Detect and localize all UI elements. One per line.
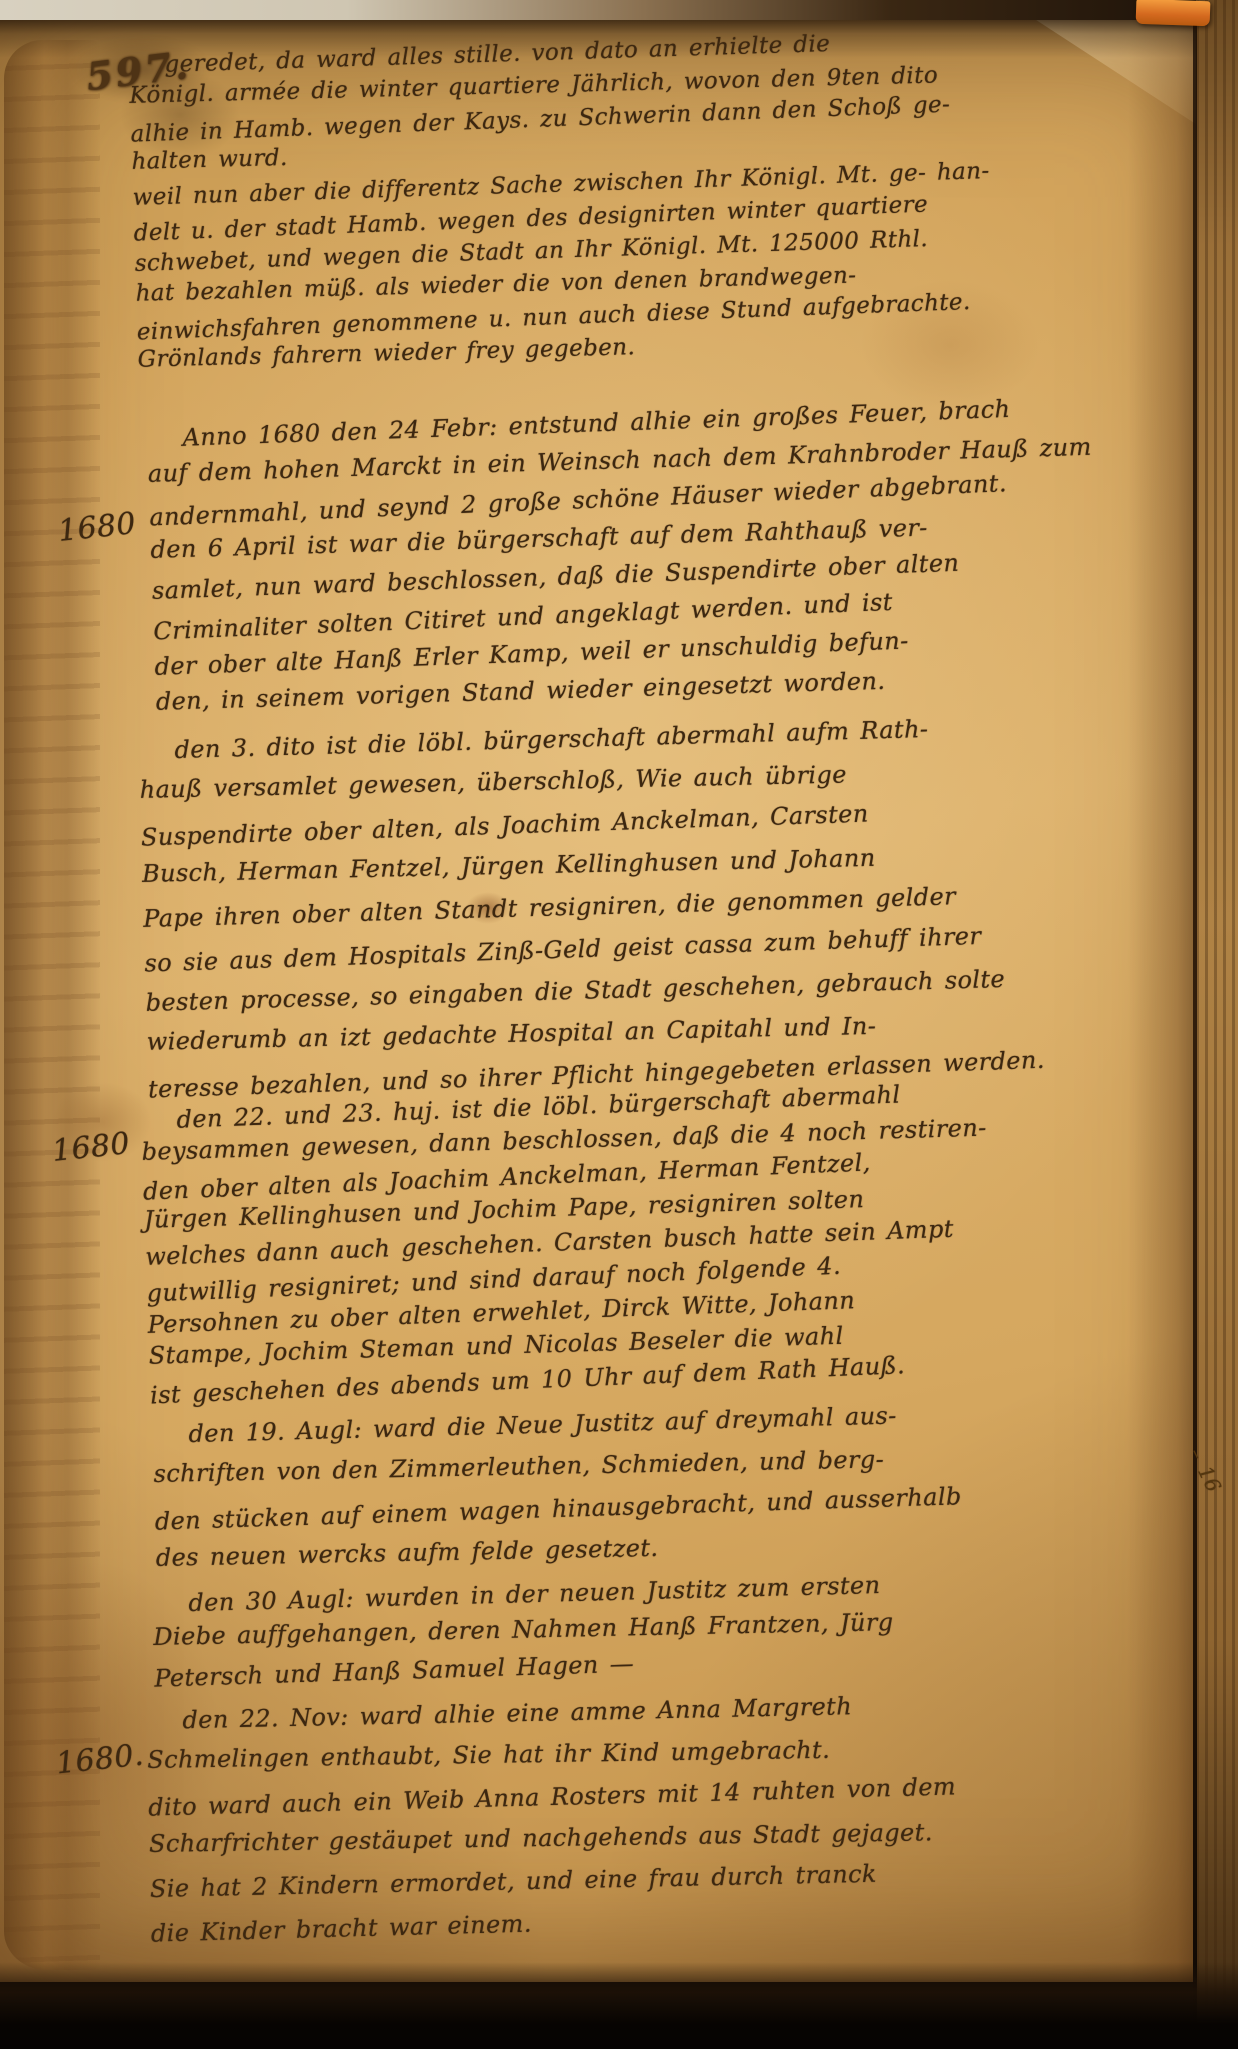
- scan-background-bottom: [0, 1962, 1238, 2049]
- scan-background-top: [0, 0, 1238, 20]
- page-deckle-edge: [4, 40, 100, 1970]
- paragraph: Anno 1680 den 24 Febr: entstund alhie ei…: [146, 385, 1156, 724]
- page-stack-edge: [1196, 0, 1238, 2049]
- paragraph: den 3. dito ist die löbl. bürgerschaft a…: [138, 702, 1163, 1108]
- paragraph: den 22. Nov: ward alhie eine amme Anna M…: [146, 1679, 1151, 1952]
- binding-crease: [1193, 10, 1197, 2049]
- paragraph: den 22. und 23. huj. ist die löbl. bürge…: [140, 1069, 1165, 1410]
- paragraph: den 19. Augl: ward die Neue Justitz auf …: [152, 1388, 1151, 1582]
- paragraph: geredet, da ward alles stille. von dato …: [128, 18, 1158, 380]
